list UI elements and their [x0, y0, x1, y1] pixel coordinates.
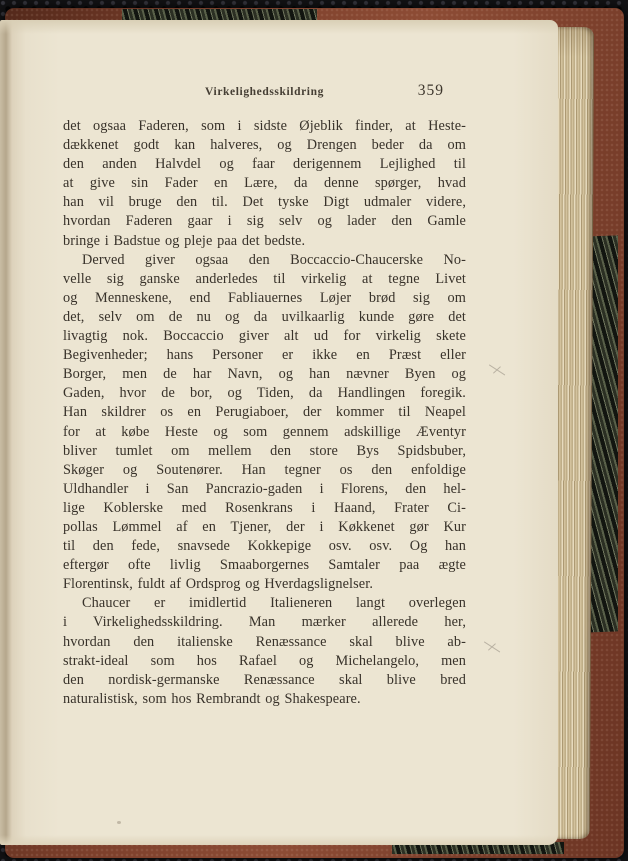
- text-line: Uldhandler i San Pancrazio-gaden i Flore…: [63, 480, 466, 499]
- text-line: for at købe Heste og som gennem adskilli…: [63, 423, 466, 442]
- pencil-x-mark: [482, 639, 502, 655]
- pencil-x-mark: [487, 362, 507, 378]
- text-line: Chaucer er imidlertid Italieneren langt …: [63, 594, 466, 613]
- photo-background-cloth: Virkelighedsskildring 359 det ogsaa Fade…: [0, 0, 628, 861]
- book-page: Virkelighedsskildring 359 det ogsaa Fade…: [0, 20, 558, 845]
- text-line: til den fede, snavsede Kokkepige osv. os…: [63, 537, 466, 556]
- text-line: livagtig nok. Boccaccio giver alt ud for…: [63, 327, 466, 346]
- text-line: han vil bruge den til. Det tyske Digt ud…: [63, 193, 466, 212]
- text-line: naturalistisk, som hos Rembrandt og Shak…: [63, 690, 466, 709]
- text-line: Borger, men de har Navn, og han nævner B…: [63, 365, 466, 384]
- text-line: lige Koblerske med Rosenkrans i Haand, F…: [63, 499, 466, 518]
- paper-speck: [117, 821, 121, 824]
- text-line: Gaden, hvor de bor, og Tiden, da Handlin…: [63, 384, 466, 403]
- text-line: og Menneskene, end Fabliauernes Løjer br…: [63, 289, 466, 308]
- text-line: i Virkelighedsskildring. Man mærker alle…: [63, 613, 466, 632]
- text-line: Begivenheder; hans Personer er ikke en P…: [63, 346, 466, 365]
- text-line: den nordisk-germanske Renæssance skal bl…: [63, 671, 466, 690]
- text-line: det, selv om de nu og da uvilkaarlig kun…: [63, 308, 466, 327]
- running-head: Virkelighedsskildring 359: [63, 86, 466, 106]
- text-line: bringe i Badstue og pleje paa det bedste…: [63, 232, 466, 251]
- text-line: Derved giver ogsaa den Boccaccio-Chaucer…: [63, 251, 466, 270]
- text-line: strakt-ideal som hos Rafael og Michelang…: [63, 652, 466, 671]
- running-header-title: Virkelighedsskildring: [63, 86, 466, 98]
- text-line: bliver tumlet om mellem den store Bys Sp…: [63, 442, 466, 461]
- text-line: pollas Lømmel af en Tjener, der i Køkken…: [63, 518, 466, 537]
- text-line: velle sig ganske anderledes til virkelig…: [63, 270, 466, 289]
- text-line: det ogsaa Faderen, som i sidste Øjeblik …: [63, 117, 466, 136]
- text-line: Florentinsk, fuldt af Ordsprog og Hverda…: [63, 575, 466, 594]
- text-line: eftergør ofte livlig Smaaborgernes Samta…: [63, 556, 466, 575]
- text-line: dækkenet godt kan halveres, og Drengen b…: [63, 136, 466, 155]
- text-line: Skøger og Soutenører. Han tegner os den …: [63, 461, 466, 480]
- text-line: hvordan Faderen gaar i sig selv og lader…: [63, 212, 466, 231]
- body-text: det ogsaa Faderen, som i sidste Øjeblik …: [63, 117, 466, 709]
- text-line: den anden Halvdel og faar derigennem Lej…: [63, 155, 466, 174]
- text-line: at give sin Fader en Lære, da denne spør…: [63, 174, 466, 193]
- text-line: Han skildrer os en Perugiaboer, der komm…: [63, 403, 466, 422]
- page-number: 359: [418, 82, 444, 100]
- text-line: hvordan den italienske Renæssance skal b…: [63, 633, 466, 652]
